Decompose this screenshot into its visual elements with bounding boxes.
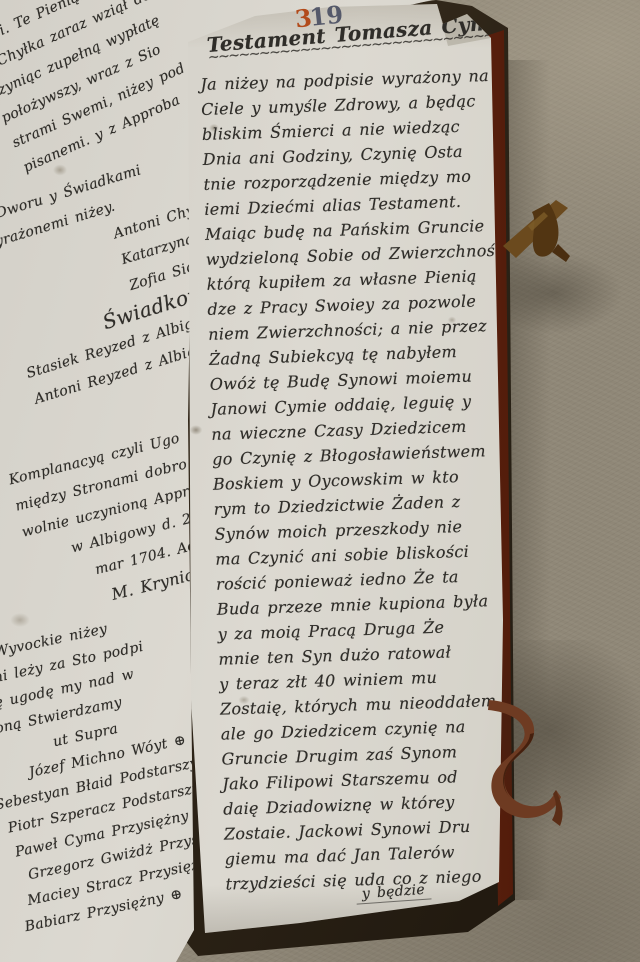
testament-body: Ja niżey na podpisie wyrażony naCiele y …: [200, 63, 526, 897]
photograph-of-manuscript: Ty wypłaciwszystko dla spokoyności. Te P…: [0, 0, 640, 962]
strap-shadow-top: [505, 250, 625, 336]
catchword: y będzie: [355, 881, 431, 904]
leather-strap-top: [503, 200, 570, 262]
page-number-pencil-digits: 19: [308, 0, 344, 32]
page-number: 319: [294, 0, 345, 33]
strap-shadow-bottom: [498, 640, 640, 840]
